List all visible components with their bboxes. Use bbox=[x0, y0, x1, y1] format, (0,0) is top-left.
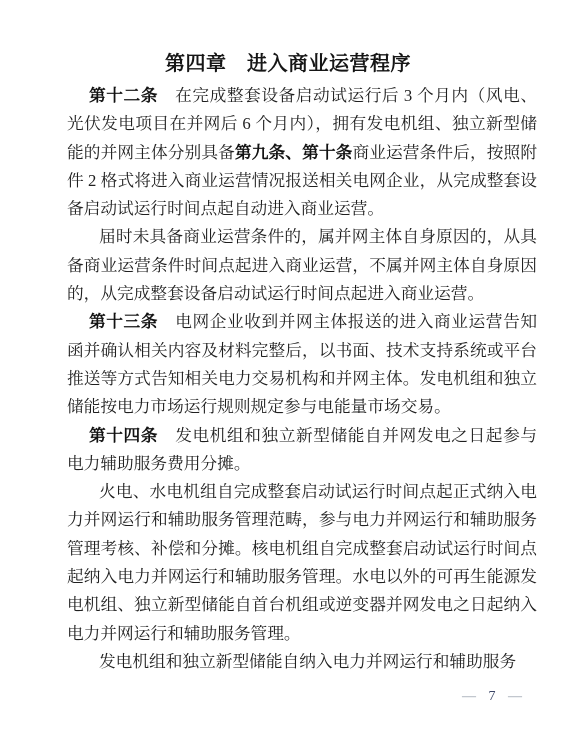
document-page: 第四章 进入商业运营程序 第十二条 在完成整套设备启动试运行后 3 个月内（风电… bbox=[0, 0, 576, 749]
paragraph: 发电机组和独立新型储能自纳入电力并网运行和辅助服务 bbox=[67, 648, 537, 676]
paragraph: 火电、水电机组自完成整套启动试运行时间点起正式纳入电力并网运行和辅助服务管理范畴… bbox=[67, 478, 537, 648]
text-run: 发电机组和独立新型储能自纳入电力并网运行和辅助服务 bbox=[99, 652, 516, 671]
page-number-left-dash: — bbox=[462, 689, 477, 704]
text-run: 届时未具备商业运营条件的，属并网主体自身原因的，从具备商业运营条件时间点起进入商… bbox=[67, 227, 537, 303]
page-number-value: 7 bbox=[489, 689, 497, 704]
article-paragraph: 第十三条 电网企业收到并网主体报送的进入商业运营告知函并确认相关内容及材料完整后… bbox=[67, 308, 537, 421]
article-paragraph: 第十四条 发电机组和独立新型储能自并网发电之日起参与电力辅助服务费用分摊。 bbox=[67, 422, 537, 479]
article-paragraph: 第十二条 在完成整套设备启动试运行后 3 个月内（风电、光伏发电项目在并网后 6… bbox=[67, 82, 537, 223]
article-number-bold: 第十三条 bbox=[89, 312, 158, 331]
article-number-bold: 第九条、第十条 bbox=[235, 143, 353, 162]
page-number-right-dash: — bbox=[508, 689, 523, 704]
chapter-title: 第四章 进入商业运营程序 bbox=[0, 51, 576, 77]
article-number-bold: 第十二条 bbox=[89, 86, 158, 105]
article-number-bold: 第十四条 bbox=[89, 426, 158, 445]
document-body: 第十二条 在完成整套设备启动试运行后 3 个月内（风电、光伏发电项目在并网后 6… bbox=[67, 82, 537, 676]
text-run: 火电、水电机组自完成整套启动试运行时间点起正式纳入电力并网运行和辅助服务管理范畴… bbox=[67, 482, 537, 642]
page-number: — 7 — bbox=[462, 689, 523, 705]
paragraph: 届时未具备商业运营条件的，属并网主体自身原因的，从具备商业运营条件时间点起进入商… bbox=[67, 223, 537, 308]
